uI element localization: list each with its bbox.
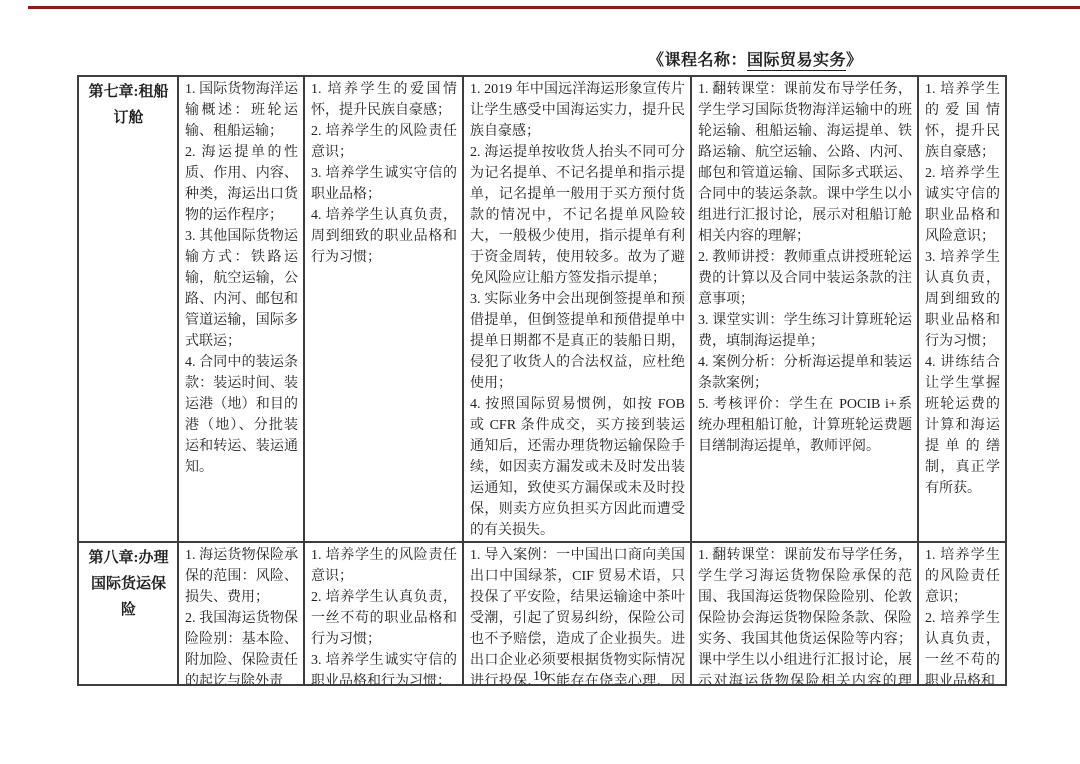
chapter-7-name-cell: 第七章:租船订舱	[78, 76, 178, 542]
chapter-7-goals-cell: 1. 培养学生的爱国情怀，提升民族自豪感； 2. 培养学生的风险责任意识； 3.…	[304, 76, 463, 542]
table-row-chapter-8: 第八章:办理国际货运保险 1. 海运货物保险承保的范围：风险、损失、费用； 2.…	[78, 542, 1006, 685]
chapter-8-teaching-methods-cell: 1. 翻转课堂：课前发布导学任务，学生学习海运货物保险承保的范围、我国海运货物保…	[691, 542, 918, 685]
chapter-8-name-cell: 第八章:办理国际货运保险	[78, 542, 178, 685]
table-row-chapter-7: 第七章:租船订舱 1. 国际货物海洋运输概述：班轮运输、租船运输； 2. 海运提…	[78, 76, 1006, 542]
page-number: 10	[533, 669, 547, 685]
chapter-7-ideology-case-cell: 1. 2019 年中国远洋海运形象宣传片让学生感受中国海运实力，提升民族自豪感；…	[463, 76, 691, 542]
chapter-7-ideology-case-text: 1. 2019 年中国远洋海运形象宣传片让学生感受中国海运实力，提升民族自豪感；…	[470, 79, 685, 541]
course-title-suffix: 》	[846, 52, 863, 69]
chapter-7-content-cell: 1. 国际货物海洋运输概述：班轮运输、租船运输； 2. 海运提单的性质、作用、内…	[178, 76, 304, 542]
chapter-8-title: 第八章:办理国际货运保险	[85, 545, 172, 623]
chapter-8-content-cell: 1. 海运货物保险承保的范围：风险、损失、费用； 2. 我国海运货物保险险别：基…	[178, 542, 304, 685]
chapter-8-outcome-cell: 1. 培养学生的风险责任意识； 2. 培养学生认真负责，一丝不苟的职业品格和	[918, 542, 1006, 685]
chapter-8-teaching-methods-text: 1. 翻转课堂：课前发布导学任务，学生学习海运货物保险承保的范围、我国海运货物保…	[698, 545, 912, 684]
chapter-7-teaching-methods-cell: 1. 翻转课堂：课前发布导学任务，学生学习国际货物海洋运输中的班轮运输、租船运输…	[691, 76, 918, 542]
syllabus-table: 第七章:租船订舱 1. 国际货物海洋运输概述：班轮运输、租船运输； 2. 海运提…	[77, 75, 1007, 686]
document-page: { "page": { "header": { "prefix": "《课程名称…	[0, 0, 1080, 764]
chapter-7-outcome-cell: 1. 培养学生的爱国情怀，提升民族自豪感； 2. 培养学生诚实守信的职业品格和风…	[918, 76, 1006, 542]
top-accent-line	[28, 6, 1080, 9]
chapter-7-goals-text: 1. 培养学生的爱国情怀，提升民族自豪感； 2. 培养学生的风险责任意识； 3.…	[311, 79, 457, 268]
course-title-prefix: 《课程名称：	[648, 52, 747, 69]
chapter-7-title: 第七章:租船订舱	[85, 79, 172, 131]
course-title-underlined: 国际贸易实务	[747, 52, 846, 71]
chapter-8-outcome-text: 1. 培养学生的风险责任意识； 2. 培养学生认真负责，一丝不苟的职业品格和	[925, 545, 1000, 684]
chapter-8-ideology-case-text: 1. 导入案例：一中国出口商向美国出口中国绿茶，CIF 贸易术语，只投保了平安险…	[470, 545, 685, 684]
chapter-8-content-text: 1. 海运货物保险承保的范围：风险、损失、费用； 2. 我国海运货物保险险别：基…	[185, 545, 298, 684]
chapter-8-goals-cell: 1. 培养学生的风险责任意识； 2. 培养学生认真负责，一丝不苟的职业品格和行为…	[304, 542, 463, 685]
chapter-8-goals-text: 1. 培养学生的风险责任意识； 2. 培养学生认真负责，一丝不苟的职业品格和行为…	[311, 545, 457, 684]
chapter-7-teaching-methods-text: 1. 翻转课堂：课前发布导学任务，学生学习国际货物海洋运输中的班轮运输、租船运输…	[698, 79, 912, 457]
chapter-7-outcome-text: 1. 培养学生的爱国情怀，提升民族自豪感； 2. 培养学生诚实守信的职业品格和风…	[925, 79, 1000, 499]
chapter-7-content-text: 1. 国际货物海洋运输概述：班轮运输、租船运输； 2. 海运提单的性质、作用、内…	[185, 79, 298, 478]
course-title-header: 《课程名称：国际贸易实务》	[648, 47, 863, 70]
chapter-8-ideology-case-cell: 1. 导入案例：一中国出口商向美国出口中国绿茶，CIF 贸易术语，只投保了平安险…	[463, 542, 691, 685]
